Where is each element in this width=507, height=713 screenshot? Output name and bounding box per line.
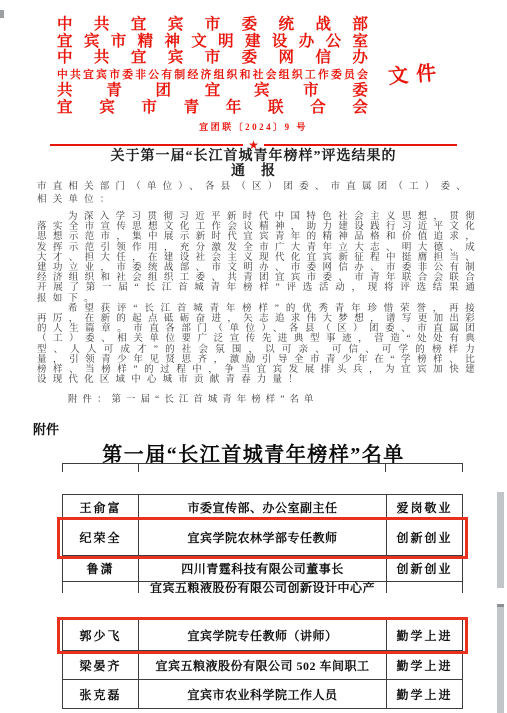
cell-position: 宜宾五粮液股份有限公司 502 车间职工 bbox=[139, 651, 387, 679]
cell-category: 爱岗敬业 bbox=[387, 495, 462, 519]
document-title: 关于第一届“长江首城青年榜样”评选结果的 通 报 bbox=[0, 149, 507, 179]
document-title-line2: 通 报 bbox=[0, 164, 507, 179]
cell-name: 纪荣全 bbox=[63, 520, 139, 555]
table-section-1: 王俞富市委宣传部、办公室副主任爱岗敬业纪荣全宜宾学院农林学部专任教师创新创业鲁潇… bbox=[62, 494, 463, 593]
body-paragraphs: 为深入学习贯彻习近平新时代中国特色社会主义思想，贯彻落实全市宣传思想文化工作会议… bbox=[37, 212, 481, 385]
cell-name: 张克磊 bbox=[63, 680, 139, 708]
cell-category: 勤学上进 bbox=[387, 651, 462, 679]
doc-type-label: 文件 bbox=[387, 56, 445, 90]
doc-number: 宜团联〔2024〕9 号 bbox=[0, 120, 507, 133]
cell-name bbox=[63, 582, 139, 593]
cell-position: 宜宾五粮液股份有限公司创新设计中心产 bbox=[139, 582, 387, 593]
table-row: 鲁潇四川青霆科技有限公司董事长创新创业 bbox=[63, 556, 462, 582]
cell-category bbox=[387, 582, 462, 593]
org-line-4: 中共宜宾市委非公有制经济组织和社会组织工作委员会 bbox=[57, 67, 368, 84]
org-line-1: 中共宜宾市委统战部 bbox=[57, 17, 368, 34]
body-paragraph: 希望获评“长江首城青年榜样”的优秀青年珍惜荣誉，再接再厉，在新的起点砥砺奋进，矢… bbox=[37, 304, 481, 386]
table-row-highlighted: 郭少飞宜宾学院专任教师（讲师）勤学上进 bbox=[63, 620, 462, 651]
body-paragraph: 为深入学习贯彻习近平新时代中国特色社会主义思想，贯彻落实全市宣传思想文化工作会议… bbox=[37, 212, 481, 304]
page-edge-strip bbox=[497, 492, 504, 588]
table-row: 梁晏齐宜宾五粮液股份有限公司 502 车间职工勤学上进 bbox=[63, 651, 462, 680]
cell-position: 市委宣传部、办公室副主任 bbox=[139, 495, 387, 519]
cell-position: 宜宾学院专任教师（讲师） bbox=[139, 620, 387, 650]
cell-category: 创新创业 bbox=[387, 520, 462, 555]
table-row: 张克磊宜宾市农业科学院工作人员勤学上进 bbox=[63, 680, 462, 709]
document-title-line1: 关于第一届“长江首城青年榜样”评选结果的 bbox=[0, 149, 507, 164]
org-line-6: 宜宾市青年联合会 bbox=[57, 100, 368, 117]
cell-category: 勤学上进 bbox=[387, 620, 462, 650]
attachment-label: 附件 bbox=[33, 419, 59, 438]
table-row: 宜宾五粮液股份有限公司创新设计中心产 bbox=[63, 582, 462, 593]
cell-name: 梁晏齐 bbox=[63, 651, 139, 679]
divider-line bbox=[264, 144, 457, 146]
header-org-lines: 中共宜宾市委统战部宜宾市精神文明建设办公室中共宜宾市委网信办中共宜宾市委非公有制… bbox=[57, 17, 368, 117]
page-edge-strip bbox=[497, 604, 504, 713]
cell-name: 王俞富 bbox=[63, 495, 139, 519]
cell-category: 勤学上进 bbox=[387, 680, 462, 708]
org-line-2: 宜宾市精神文明建设办公室 bbox=[57, 34, 368, 51]
org-line-5: 共青团宜宾市委 bbox=[57, 83, 368, 100]
table-row-highlighted: 纪荣全宜宾学院农林学部专任教师创新创业 bbox=[63, 520, 462, 556]
cell-position: 宜宾市农业科学院工作人员 bbox=[139, 680, 387, 708]
cell-category: 创新创业 bbox=[387, 556, 462, 581]
org-line-3: 中共宜宾市委网信办 bbox=[57, 50, 368, 67]
salutation: 市直相关部门（单位）、各县（区）团委、市直属团（工）委、相关单位： bbox=[37, 181, 481, 206]
salutation-line: 市直相关部门（单位）、各县（区）团委、市直属团（工）委、 bbox=[37, 181, 481, 194]
scan-artifact bbox=[0, 10, 4, 18]
salutation-line: 相关单位： bbox=[37, 194, 481, 207]
divider-line bbox=[50, 144, 243, 146]
cell-position: 宜宾学院农林学部专任教师 bbox=[139, 520, 387, 555]
cell-name: 鲁潇 bbox=[63, 556, 139, 581]
cell-position: 四川青霆科技有限公司董事长 bbox=[139, 556, 387, 581]
document-page: 中共宜宾市委统战部宜宾市精神文明建设办公室中共宜宾市委网信办中共宜宾市委非公有制… bbox=[0, 0, 507, 713]
table-row: 王俞富市委宣传部、办公室副主任爱岗敬业 bbox=[63, 495, 462, 520]
cell-name: 郭少飞 bbox=[63, 620, 139, 650]
table-section-2: 郭少飞宜宾学院专任教师（讲师）勤学上进梁晏齐宜宾五粮液股份有限公司 502 车间… bbox=[62, 619, 463, 709]
table-top-fragment bbox=[62, 463, 463, 472]
attachment-note: 附件：第一届“长江首城青年榜样”名单 bbox=[37, 391, 481, 405]
